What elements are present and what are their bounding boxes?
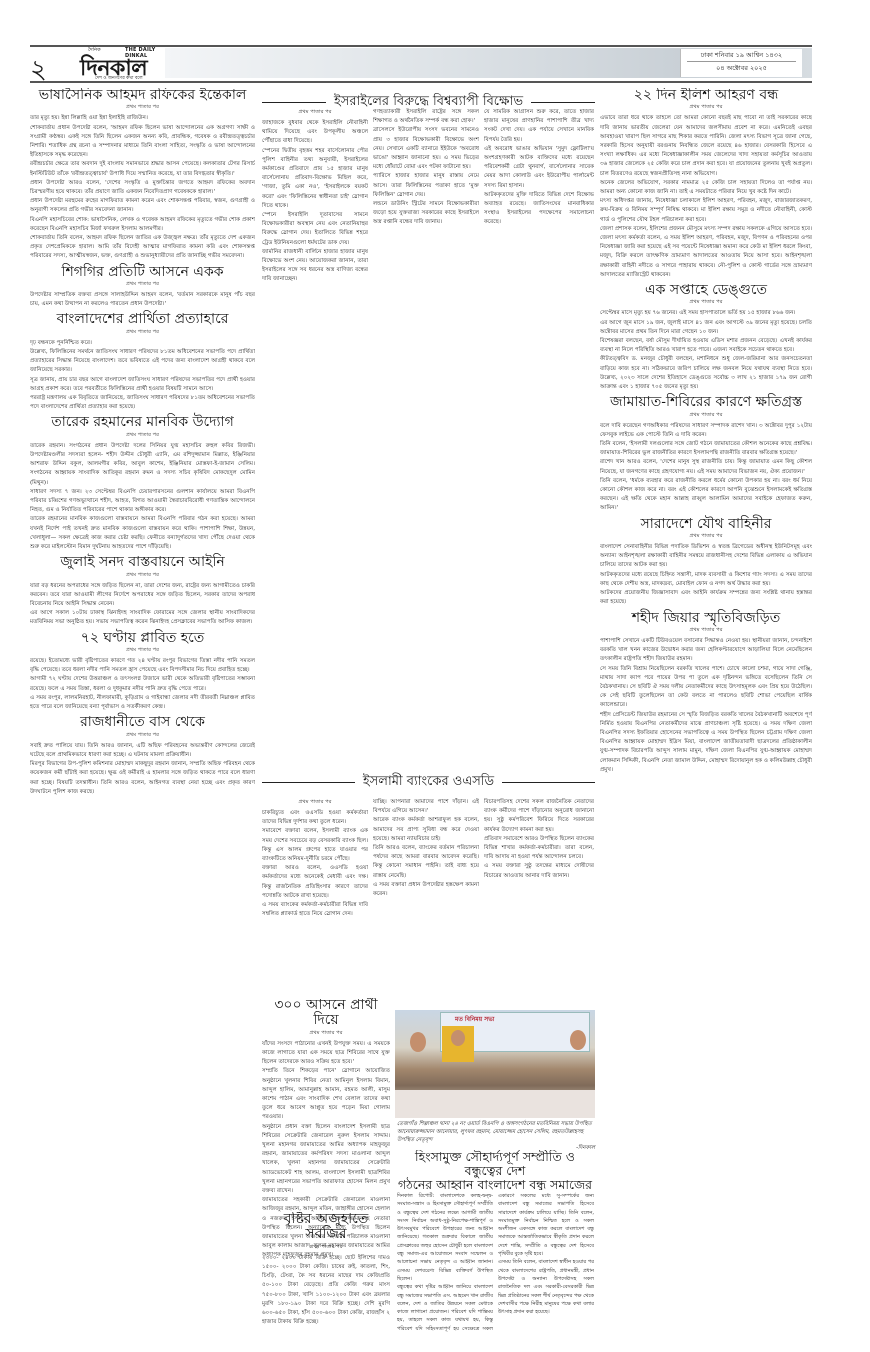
paragraph: এর আগে জুন মাসে ১৯ জন, জুলাই মাসে ৪১ জন … — [600, 319, 812, 337]
photo-portrait-face — [410, 1032, 426, 1052]
article-body: এভাবে তারা ধরে থাকে তাহলে তো আমরা কোনো ব… — [600, 114, 812, 280]
photo-portrait-face — [451, 1030, 465, 1046]
article-body: পাশাপাশি সেখানে একটি টিউবওয়েল বসানোর সি… — [600, 637, 812, 775]
left-column: ভাষাসৈনিক আহমদ রফিকের ইন্তেকাল প্রথম পাত… — [30, 88, 255, 1308]
article-dengue: এক সপ্তাহে ডেঙ্গুতে প্রথম পাতার পর সেপ্ট… — [600, 283, 812, 392]
headline: বাংলাদেশের প্রার্থিতা প্রত্যাহারে — [30, 312, 255, 327]
paragraph: যাঁদের সংসদে পাঠানোর এখনই উপযুক্ত সময়। … — [262, 1040, 390, 1068]
article-joint-forces: সারাদেশে যৌথ বাহিনীর প্রথম পাতার পর বাংল… — [600, 517, 812, 608]
paragraph: ২৩০০- ২৪০০ টাকায় বিক্রি হচ্ছে। ছোট ইলিশ… — [262, 1254, 390, 1328]
paragraph: জাহাজকে বুধবার থেকে ইসরাইলি নৌবাহিনী থাম… — [262, 119, 368, 147]
paragraph: যাচ্ছি। আপনারা আমাদের পাশে দাঁড়ান। এই ব… — [373, 798, 479, 816]
article-body: যে সামরিক আগ্রাসন শুরু করে, তাতে হাজার হ… — [484, 108, 594, 228]
paragraph: বক্তারা আরও বলেন, ওএসডি হওয়া কর্মকর্তাদ… — [262, 864, 368, 901]
headline-line1: হিংসামুক্ত সৌহার্দ্যপূর্ণ সম্প্রীতি ও বন… — [395, 1150, 595, 1178]
paragraph: তার মৃত্যু হয়। ইন্না লিল্লাহি ওয়া ইন্ন… — [30, 114, 255, 123]
paragraph: তিনি বলেন, 'ইসলামী দলগুলোর সঙ্গে জোট গঠন… — [600, 440, 812, 458]
paragraph: যারা বড় ধরনের অপরাধের সঙ্গে জড়িত ছিলেন… — [30, 582, 255, 610]
continued-label: প্রথম পাতার পর — [30, 329, 255, 337]
paragraph: মিরপুর বিভাগের উপ-পুলিশ কমিশনার মোহাম্মদ… — [30, 760, 255, 797]
article-hilsa: ২২ দিন ইলিশ আহরণ বন্ধ প্রথম পাতার পর এভা… — [600, 88, 812, 280]
islami-bank-col1: প্রথম পাতার পর চাকরিচ্যুত এবং ওএসডি হওয়… — [262, 798, 368, 988]
paragraph: মৎস্য অধিদপ্তর জানায়, নিষেধাজ্ঞা চলাকাল… — [600, 197, 812, 225]
islami-bank-col2: যাচ্ছি। আপনারা আমাদের পাশে দাঁড়ান। এই ব… — [373, 798, 479, 988]
paragraph: লন্ডনে ডাউনিং স্ট্রিটের সামনে বিক্ষোভকার… — [373, 200, 479, 228]
continued-label: প্রথম পাতার পর — [600, 627, 812, 635]
paragraph: আটককৃতদের মধ্যে রয়েছে চিহ্নিত সন্ত্রাসী… — [600, 571, 812, 589]
paragraph: বাংলাদেশ সেনাবাহিনীর বিভিন্ন পদাতিক ডিভি… — [600, 543, 812, 571]
paragraph: প্যারিসে হাজার হাজার মানুষ রাস্তায় নেমে… — [373, 172, 479, 200]
article-body: গণহত্যাকারী ইসরাইলি রাষ্ট্রের সঙ্গে সকল … — [373, 108, 479, 228]
paragraph: কীটতত্ত্ববিদ ড. মনজুর চৌধুরী বলছেন, মশান… — [600, 355, 812, 392]
article-body: চাকরিচ্যুত এবং ওএসডি হওয়া কর্মকর্তারা ত… — [262, 809, 368, 919]
israel-protest-col2: গণহত্যাকারী ইসরাইলি রাষ্ট্রের সঙ্গে সকল … — [373, 108, 479, 758]
paragraph: এভাবে তারা ধরে থাকে তাহলে তো আমরা কোনো ব… — [600, 114, 812, 178]
islami-bank-banner: ইসলামী ব্যাংকের ওএসডি — [262, 772, 595, 793]
paragraph: আটকদের প্রয়োজনীয় জিজ্ঞাসাবাদ এবং আইনি … — [600, 589, 812, 607]
paragraph: এসময় তিনি বলেন, বাংলাদেশ স্বাধীন হওয়ার… — [498, 1258, 594, 1316]
banner-rule-left — [262, 102, 326, 104]
continued-label: প্রথম পাতার পর — [30, 432, 255, 440]
paragraph: দৃঢ় বন্ধনকে পুনর্নিশ্চিত করে। — [30, 339, 255, 348]
paragraph: প্রধান উপদেষ্টা আরও বলেন, 'দেশের সংস্কৃত… — [30, 179, 255, 197]
paragraph: এ সময় ব্যাংকের কর্মকর্তা-কর্মচারীরা বিভ… — [262, 901, 368, 919]
paragraph: পাশাপাশি সেখানে একটি টিউবওয়েল বসানোর সি… — [600, 637, 812, 665]
headline: শিগগির প্রতিটি আসনে একক — [30, 265, 255, 280]
friendship-col1: দিনকাল রিপোর্ট: বাংলাদেশকে কলহ-দ্বন্দ্ব-… — [397, 1192, 493, 1332]
article-body: সবাই দ্রুত পালিয়ে যায়। তিনি আরও জানান,… — [30, 742, 255, 797]
continued-label: প্রথম পাতার পর — [262, 1244, 390, 1252]
paragraph: রয়েছে। ইতোমধ্যে ভারী বৃষ্টিপাতের কারণে … — [30, 657, 255, 675]
paragraph: তিনি বলেন, 'ধর্মকে ব্যবহার করে রাজনীতি ক… — [600, 477, 812, 514]
headline: রাজধানীতে বাস থেকে — [30, 715, 255, 730]
paragraph: সম্প্রতি তিনে শিকড়ের পানে' স্লোগানে আয়… — [262, 1067, 390, 1122]
paragraph: জেলা প্রশাসক বলেন, ইলিশের প্রজনন মৌসুমে … — [600, 225, 812, 234]
article-body: দৃঢ় বন্ধনকে পুনর্নিশ্চিত করে। উল্লেখ্য,… — [30, 339, 255, 413]
article-body: জাহাজকে বুধবার থেকে ইসরাইলি নৌবাহিনী থাম… — [262, 119, 368, 285]
paragraph: বিএনপি মহাসচিবের শোক: ভাষাসৈনিক, লেখক ও … — [30, 216, 255, 234]
article-body: ২৩০০- ২৪০০ টাকায় বিক্রি হচ্ছে। ছোট ইলিশ… — [262, 1254, 390, 1328]
article-bus: রাজধানীতে বাস থেকে প্রথম পাতার পর সবাই দ… — [30, 715, 255, 797]
article-rafiq: ভাষাসৈনিক আহমদ রফিকের ইন্তেকাল প্রথম পাত… — [30, 88, 255, 262]
paragraph: উপদেষ্টার সাম্প্রতিক বক্তব্য প্রসঙ্গে সা… — [30, 291, 255, 309]
continued-label: প্রথম পাতার পর — [600, 412, 812, 420]
headline: জুলাই সনদ বাস্তবায়নে আইনি — [30, 555, 255, 570]
paragraph: এ সময় বক্তারা সুষ্ঠু তদন্তের মাধ্যমে দো… — [484, 862, 594, 880]
banner-rule-right — [502, 782, 595, 784]
article-body: তারেক রহমান। সংগঠনের প্রধান উপদেষ্টা দলে… — [30, 442, 255, 552]
paragraph: বিশেষজ্ঞরা বলছেন, বর্ষা মৌসুম দীর্ঘায়িত… — [600, 337, 812, 355]
headline: বৃষ্টির অজুহাতে সবজির — [262, 1212, 390, 1243]
date-english: ০৪ অক্টোবর ২০২৫ — [681, 62, 802, 74]
continued-label: প্রথম পাতার পর — [262, 799, 368, 807]
paragraph: একারণে সকলের মধ্যে সু-সম্পর্কের জন্য বাং… — [498, 1192, 594, 1258]
continued-label: প্রথম পাতার পর — [30, 572, 255, 580]
article-body: বিচারপতিসহ দেশের সকল রাজনৈতিক নেতাদের ব্… — [484, 798, 594, 881]
paragraph: এ সময় বক্তারা প্রধান উপদেষ্টার হস্তক্ষে… — [373, 881, 479, 899]
banner-rule-right — [531, 102, 595, 104]
continued-label: প্রথম পাতার পর — [600, 299, 812, 307]
paragraph: রাশেদ খান আরও বলেন, 'দেশের মানুষ সুস্থ র… — [600, 458, 812, 476]
article-body: সেপ্টেম্বর মাসে মৃত্যু হয় ৭৬ জনের। এই স… — [600, 309, 812, 392]
paragraph: বন্ধুত্বের কথা দৃষ্টির আহ্বান জানিয়ে বা… — [397, 1283, 493, 1332]
caption-text: তেজগাঁও শিল্পাঞ্চল থানা ২৪ নং ওয়ার্ড বি… — [397, 1120, 595, 1144]
headline: ৩০০ আসনে প্রার্থী দিয়ে — [262, 998, 390, 1029]
paragraph: বলে দাবি করেছেন গণঅধিকার পরিষদের সাধারণ … — [600, 422, 812, 440]
continued-label: প্রথম পাতার পর — [30, 647, 255, 655]
article-bangladesh-candidacy: বাংলাদেশের প্রার্থিতা প্রত্যাহারে প্রথম … — [30, 312, 255, 412]
paragraph: শোকবার্তায় প্রধান উপদেষ্টা বলেন, 'আহমদ … — [30, 124, 255, 161]
paragraph: প্রতিবাদ সমাবেশে আরও উপস্থিত ছিলেন ব্যাং… — [484, 835, 594, 863]
article-body: উপদেষ্টার সাম্প্রতিক বক্তব্য প্রসঙ্গে সা… — [30, 291, 255, 309]
article-body: যাচ্ছি। আপনারা আমাদের পাশে দাঁড়ান। এই ব… — [373, 798, 479, 899]
continued-label: প্রথম পাতার পর — [600, 104, 812, 112]
paragraph: উল্লেখ্য, ফিলিস্তিনের সমর্থনে জাতিসংঘ সা… — [30, 348, 255, 376]
paragraph: সমাবেশে বক্তারা বলেন, ইসলামী ব্যাংক এক স… — [262, 827, 368, 864]
paragraph: অনেক জেলের অভিযোগ, সরকার নামমাত্র ২৫ কেজ… — [600, 179, 812, 197]
paragraph: এই অবরোধ ভাঙার অভিযান 'সুমুদ ফ্লোটিলা'য়… — [484, 145, 594, 191]
article-flood: ৭২ ঘণ্টায় প্লাবিত হতে প্রথম পাতার পর রয… — [30, 631, 255, 713]
israel-protest-col1: প্রথম পাতার পর জাহাজকে বুধবার থেকে ইসরাই… — [262, 108, 368, 758]
headline: ৭২ ঘণ্টায় প্লাবিত হতে — [30, 631, 255, 646]
paragraph: জার্মানির রাজধানী বার্লিনে হাজার হাজার ম… — [262, 248, 368, 285]
headline-line2: গঠনের আহ্বান বাংলাদেশ বন্ধু সমাজের — [395, 1178, 595, 1191]
friendship-headline-block: হিংসামুক্ত সৌহার্দ্যপূর্ণ সম্প্রীতি ও বন… — [395, 1150, 595, 1190]
headline: সারাদেশে যৌথ বাহিনীর — [600, 517, 812, 532]
paragraph: সবাই দ্রুত পালিয়ে যায়। তিনি আরও জানান,… — [30, 742, 255, 760]
paragraph: গণহত্যাকারী ইসরাইলি রাষ্ট্রের সঙ্গে সকল … — [373, 108, 479, 126]
article-body: একারণে সকলের মধ্যে সু-সম্পর্কের জন্য বাং… — [498, 1192, 594, 1316]
dateline: ঢাকা শনিবার ১৯ আশ্বিন ১৪৩২ ০৪ অক্টোবর ২০… — [680, 49, 802, 77]
article-body: বলে দাবি করেছেন গণঅধিকার পরিষদের সাধারণ … — [600, 422, 812, 514]
paragraph: আরেক ব্যাংক কর্মকর্তা আশরাফুল হক বলেন, আ… — [373, 816, 479, 844]
news-photo: মত বিনিময় সভা — [395, 1010, 595, 1118]
paragraph: দিনকাল রিপোর্ট: বাংলাদেশকে কলহ-দ্বন্দ্ব-… — [397, 1192, 493, 1283]
article-july-charter: জুলাই সনদ বাস্তবায়নে আইনি প্রথম পাতার প… — [30, 555, 255, 627]
newspaper-logo: দৈনিক THE DAILY DINKAL দিনকাল দেশ ও জনগণ… — [55, 47, 165, 81]
paragraph: এ সময় রংপুর, লালমনিরহাট, নীলফামারী, কুড… — [30, 694, 255, 712]
continued-label: প্রথম পাতার পর — [30, 104, 255, 112]
article-zia: শহীদ জিয়ার স্মৃতিবিজড়িত প্রথম পাতার পর… — [600, 611, 812, 775]
article-body: দিনকাল রিপোর্ট: বাংলাদেশকে কলহ-দ্বন্দ্ব-… — [397, 1192, 493, 1332]
paragraph: এর আগে সকাল ১০টায় ঢাকাস্থ ঝিনাইদহ সাংবা… — [30, 609, 255, 627]
photo-banner-text: মত বিনিময় সভা — [455, 1014, 494, 1025]
article-body: তার মৃত্যু হয়। ইন্না লিল্লাহি ওয়া ইন্ন… — [30, 114, 255, 261]
article-vegetables: বৃষ্টির অজুহাতে সবজির প্রথম পাতার পর ২৩০… — [262, 1212, 390, 1332]
paragraph: সাধারণ সদস্য ৭ জন। ২৩ সেপ্টেম্বর বিএনপি … — [30, 488, 255, 516]
paragraph: চাকরিচ্যুত এবং ওএসডি হওয়া কর্মকর্তারা ত… — [262, 809, 368, 827]
paragraph: শোকবার্তায় তিনি বলেন, আহমদ রফিক ছিলেন জ… — [30, 234, 255, 262]
article-tarek: তারেক রহমানের মানবিক উদ্যোগ প্রথম পাতার … — [30, 415, 255, 552]
paragraph: প্রধান উপদেষ্টা মরহুমের রুহের মাগফিরাত ক… — [30, 197, 255, 215]
paragraph: তারেক রহমান। সংগঠনের প্রধান উপদেষ্টা দলে… — [30, 442, 255, 488]
paragraph: তারেক রহমানের মানবিক কাজগুলো বাস্তবায়নে… — [30, 515, 255, 552]
paragraph: আটককৃতদের মুক্তি দাবিতে বিভিন্ন দেশে বিক… — [484, 191, 594, 228]
paragraph: জেলা মৎস্য কর্মকর্তা বলেন, এ সময় ইলিশ আ… — [600, 234, 812, 280]
photo-portrait-face — [570, 1030, 586, 1050]
continued-label: প্রথম পাতার পর — [30, 732, 255, 740]
headline: তারেক রহমানের মানবিক উদ্যোগ — [30, 415, 255, 430]
headline: ভাষাসৈনিক আহমদ রফিকের ইন্তেকাল — [30, 88, 255, 103]
masthead-bottom-rule — [30, 81, 812, 83]
paragraph: আগামী ৭২ ঘণ্টায় দেশের উত্তরাঞ্চল ও তৎসং… — [30, 675, 255, 693]
islami-bank-col3: বিচারপতিসহ দেশের সকল রাজনৈতিক নেতাদের ব্… — [484, 798, 594, 988]
masthead: ২ দৈনিক THE DAILY DINKAL দিনকাল দেশ ও জন… — [30, 45, 812, 85]
right-column: ২২ দিন ইলিশ আহরণ বন্ধ প্রথম পাতার পর এভা… — [600, 88, 812, 1332]
headline: শহীদ জিয়ার স্মৃতিবিজড়িত — [600, 611, 812, 626]
article-body: বাংলাদেশ সেনাবাহিনীর বিভিন্ন পদাতিক ডিভি… — [600, 543, 812, 607]
continued-label: প্রথম পাতার পর — [262, 109, 368, 117]
paragraph: ব্রাসেলসে ইউরোপীয় সংসদ ভবনের সামনেও প্র… — [373, 126, 479, 172]
paragraph: সে সময় তিনি বিশ্রাম নিয়েছিলেন বরকতি খা… — [600, 665, 812, 711]
paragraph: পররাষ্ট্র মন্ত্রণালয় এক বিবৃতিতে জানিয়… — [30, 394, 255, 412]
continued-label: প্রথম পাতার পর — [262, 1030, 390, 1038]
continued-label: প্রথম পাতার পর — [30, 281, 255, 289]
photo-table — [395, 1090, 595, 1118]
article-jamaat: জামায়াত-শিবিরের কারণে ক্ষতিগ্রস্ত প্রথম… — [600, 395, 812, 513]
paragraph: অনুষ্ঠানে প্রধান বক্তা ছিলেন বাংলাদেশ ইস… — [262, 1123, 390, 1197]
article-body: যারা বড় ধরনের অপরাধের সঙ্গে জড়িত ছিলেন… — [30, 582, 255, 628]
paragraph: স্পেনের দ্বিতীয় বৃহত্তম শহর বার্সেলোনার… — [262, 147, 368, 211]
paragraph: শহীদ প্রেসিডেন্ট জিয়াউর রহমানের সে স্মৃ… — [600, 711, 812, 775]
paragraph: যে সামরিক আগ্রাসন শুরু করে, তাতে হাজার হ… — [484, 108, 594, 145]
friendship-col2: একারণে সকলের মধ্যে সু-সম্পর্কের জন্য বাং… — [498, 1192, 594, 1332]
date-bangla: ঢাকা শনিবার ১৯ আশ্বিন ১৪৩২ — [687, 49, 796, 62]
photo-caption: তেজগাঁও শিল্পাঞ্চল থানা ২৪ নং ওয়ার্ড বি… — [397, 1120, 595, 1152]
headline: জামায়াত-শিবিরের কারণে ক্ষতিগ্রস্ত — [600, 395, 812, 410]
paragraph: সেপ্টেম্বর মাসে মৃত্যু হয় ৭৬ জনের। এই স… — [600, 309, 812, 318]
israel-protest-col3: যে সামরিক আগ্রাসন শুরু করে, তাতে হাজার হ… — [484, 108, 594, 758]
banner-rule-left — [262, 782, 355, 784]
paragraph: তিনি আরও বলেন, ব্যাংকের বর্তমান পরিচালনা… — [373, 844, 479, 881]
page-number: ২ — [30, 49, 47, 93]
paragraph: সূত্র জানায়, প্রায় চার বছর আগে বাংলাদে… — [30, 376, 255, 394]
headline: ২২ দিন ইলিশ আহরণ বন্ধ — [600, 88, 812, 103]
headline: ইসলামী ব্যাংকের ওএসডি — [355, 772, 502, 793]
article-body: রয়েছে। ইতোমধ্যে ভারী বৃষ্টিপাতের কারণে … — [30, 657, 255, 712]
continued-label: প্রথম পাতার পর — [600, 533, 812, 541]
paragraph: স্পেনে ইসরাইলি দূতাবাসের সামনে বিক্ষোভকা… — [262, 211, 368, 248]
headline: এক সপ্তাহে ডেঙ্গুতে — [600, 283, 812, 298]
article-shigogir: শিগগির প্রতিটি আসনে একক প্রথম পাতার পর উ… — [30, 265, 255, 310]
paragraph: রবীন্দ্রচর্চার ক্ষেত্রে তার অবদান দুই বা… — [30, 160, 255, 178]
paragraph: বিচারপতিসহ দেশের সকল রাজনৈতিক নেতাদের ব্… — [484, 798, 594, 835]
